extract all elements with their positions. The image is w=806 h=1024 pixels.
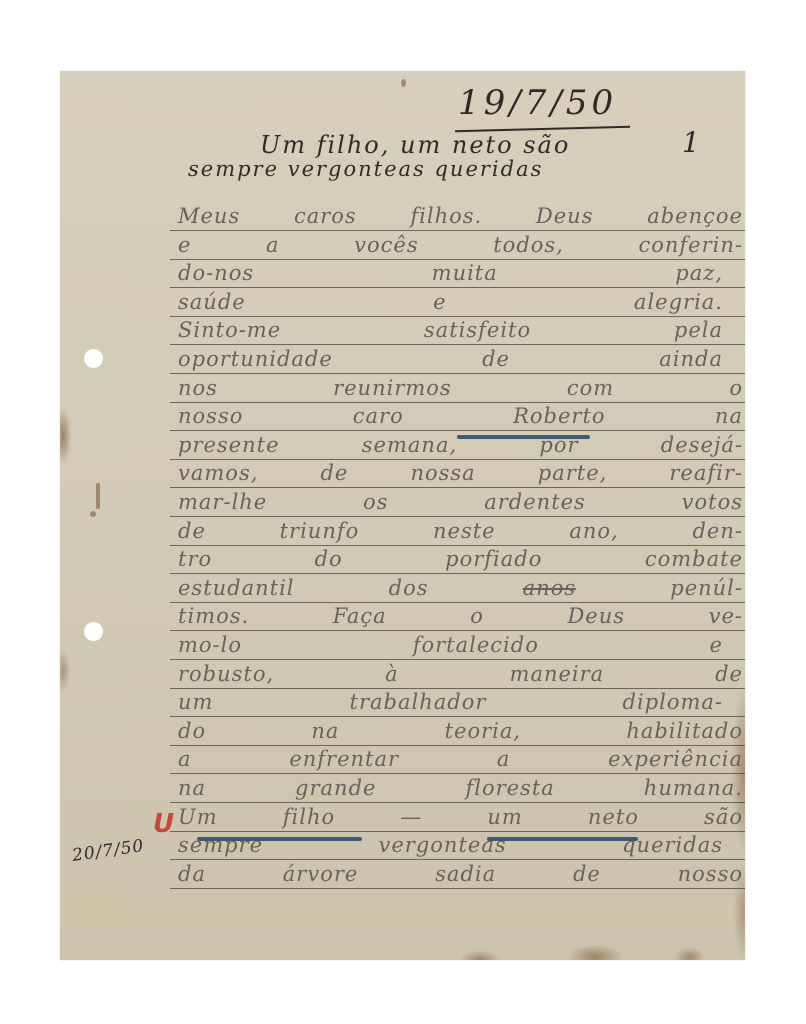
handwritten-word: Sinto-me [178,318,281,342]
handwritten-line: timos.FaçaoDeusve- [178,604,743,628]
handwritten-word: trabalhador [350,690,487,714]
handwritten-word: a [178,747,192,771]
handwritten-word: satisfeito [424,318,531,342]
handwritten-line: mo-lofortalecidoe [178,633,723,657]
handwritten-word: paz, [675,261,723,285]
handwritten-word: experiência [608,747,743,771]
handwritten-word: Meus [178,204,240,228]
blue-underline-roberto [457,435,590,439]
handwritten-word: Faça [333,604,387,628]
handwritten-word: caro [353,404,404,428]
handwritten-word: oportunidade [178,347,333,371]
handwritten-word: e [433,290,446,314]
ruled-line [170,344,745,345]
handwritten-word: à [385,662,399,686]
handwritten-line: Meuscarosfilhos.Deusabençoe [178,204,743,228]
handwritten-word: robusto, [178,662,274,686]
handwritten-line: eavocêstodos,conferin- [178,233,743,257]
handwritten-word: combate [645,547,743,571]
ruled-line [170,630,745,631]
handwritten-word: e [710,633,723,657]
handwritten-word: a [266,233,280,257]
handwritten-line: mar-lheosardentesvotos [178,490,743,514]
handwritten-word: na [715,404,743,428]
ruled-line [170,716,745,717]
handwritten-word: penúl- [670,576,743,600]
ruled-line [170,602,745,603]
handwritten-word: estudantil [178,576,295,600]
handwritten-line: robusto,àmaneirade [178,662,743,686]
ruled-line [170,545,745,546]
ruled-line [170,373,745,374]
blue-underline-um-neto [487,837,638,841]
paper-stain [401,79,406,87]
handwritten-line: vamos,denossaparte,reafir- [178,461,743,485]
handwritten-line: do-nosmuitapaz, [178,261,723,285]
handwritten-word: muita [432,261,498,285]
ruled-line [170,230,745,231]
ruled-line [170,659,745,660]
handwritten-word: vamos, [178,461,258,485]
handwritten-line: donateoria,habilitado [178,719,743,743]
handwritten-line: detriunfonesteano,den- [178,519,743,543]
handwritten-word: triunfo [280,519,360,543]
handwritten-word: todos, [493,233,564,257]
handwritten-line: nagrandeflorestahumana. [178,776,743,800]
ruled-line [170,688,745,689]
handwritten-line: Umfilho—umnetosão [178,805,743,829]
handwritten-word: Um [178,805,218,829]
handwritten-line: estudantildosanospenúl- [178,576,743,600]
handwritten-word: na [178,776,206,800]
paper-stain [90,511,96,517]
ruled-line [170,888,745,889]
handwritten-word: votos [682,490,743,514]
handwritten-word: maneira [510,662,605,686]
handwritten-word: enfrentar [289,747,399,771]
handwritten-word: da [178,862,206,886]
handwritten-word: abençoe [647,204,743,228]
handwritten-line: oportunidadedeainda [178,347,723,371]
handwritten-word: reafir- [669,461,743,485]
blue-underline-um-filho [197,837,362,841]
handwritten-word: semana, [362,433,457,457]
handwritten-line: nosreunirmoscomo [178,376,743,400]
handwritten-word: de [320,461,348,485]
date-top: 19/7/50 [458,83,617,123]
handwritten-word: ainda [659,347,723,371]
letter-page: 19/7/50 1 Um filho, um neto são sempre v… [60,71,745,960]
handwritten-line: trodoporfiadocombate [178,547,743,571]
ruled-line [170,573,745,574]
handwritten-word: ano, [569,519,618,543]
handwritten-word: nosso [678,862,743,886]
handwritten-word: pela [674,318,723,342]
handwritten-word: nosso [178,404,243,428]
ruled-line [170,487,745,488]
handwritten-word: neto [588,805,639,829]
handwritten-line: daárvoresadiadenosso [178,862,743,886]
handwritten-word: ve- [709,604,743,628]
punch-hole-top [84,349,103,368]
ruled-line [170,802,745,803]
handwritten-word: árvore [283,862,359,886]
ruled-line [170,745,745,746]
ruled-line [170,859,745,860]
title-line-2: sempre vergonteas queridas [188,157,543,181]
handwritten-line: Sinto-mesatisfeitopela [178,318,723,342]
handwritten-word: teoria, [445,719,521,743]
punch-hole-bottom [84,622,103,641]
handwritten-word: timos. [178,604,249,628]
handwritten-word: Deus [536,204,594,228]
handwritten-word: vocês [354,233,418,257]
handwritten-word: os [363,490,388,514]
handwritten-word: de [715,662,743,686]
handwritten-word: do-nos [178,261,254,285]
handwritten-word: dos [389,576,429,600]
handwritten-word: filho [283,805,335,829]
handwritten-word: anos [523,576,576,600]
ruled-line [170,316,745,317]
handwritten-word: tro [178,547,212,571]
handwritten-word: floresta [465,776,554,800]
handwritten-word: de [573,862,601,886]
red-margin-mark: U [153,809,174,839]
handwritten-word: habilitado [626,719,743,743]
handwritten-word: neste [433,519,496,543]
ruled-line [170,773,745,774]
handwritten-word: alegria. [634,290,723,314]
title-line-1: Um filho, um neto são [260,131,570,159]
handwritten-word: na [311,719,339,743]
handwritten-word: com [567,376,614,400]
handwritten-word: do [178,719,206,743]
ruled-line [170,430,745,431]
handwritten-word: nossa [410,461,475,485]
handwritten-word: Deus [567,604,625,628]
handwritten-word: reunirmos [333,376,452,400]
margin-date: 20/7/50 [71,836,146,866]
ruled-line [170,516,745,517]
handwritten-line: umtrabalhadordiploma- [178,690,723,714]
handwritten-word: grande [295,776,376,800]
handwritten-word: caros [294,204,357,228]
handwritten-line: saúdeealegria. [178,290,723,314]
handwritten-word: um [487,805,522,829]
handwritten-word: o [729,376,743,400]
handwritten-word: porfiado [445,547,542,571]
ruled-line [170,287,745,288]
handwritten-word: humana. [644,776,743,800]
handwritten-word: Roberto [513,404,605,428]
ruled-line [170,259,745,260]
handwritten-word: desejá- [661,433,743,457]
ruled-line [170,831,745,832]
handwritten-word: parte, [538,461,608,485]
ruled-line [170,459,745,460]
handwritten-word: diploma- [623,690,724,714]
handwritten-word: de [482,347,510,371]
handwritten-line: nossocaroRobertona [178,404,743,428]
handwritten-word: conferin- [638,233,743,257]
handwritten-word: de [178,519,206,543]
handwritten-word: são [704,805,743,829]
handwritten-word: sadia [435,862,496,886]
handwritten-word: presente [178,433,280,457]
handwritten-word: o [470,604,484,628]
handwritten-word: saúde [178,290,246,314]
ruled-line [170,402,745,403]
handwritten-word: mo-lo [178,633,242,657]
page-number: 1 [682,126,702,159]
handwritten-word: — [400,805,422,829]
handwritten-word: do [315,547,343,571]
handwritten-word: den- [692,519,743,543]
handwritten-word: ardentes [484,490,586,514]
handwritten-word: filhos. [410,204,482,228]
handwritten-word: fortalecido [413,633,539,657]
handwritten-line: aenfrentaraexperiência [178,747,743,771]
handwritten-word: e [178,233,191,257]
handwritten-word: mar-lhe [178,490,267,514]
handwritten-word: a [497,747,511,771]
handwritten-word: nos [178,376,218,400]
handwritten-word: um [178,690,213,714]
paper-stain [96,483,100,509]
